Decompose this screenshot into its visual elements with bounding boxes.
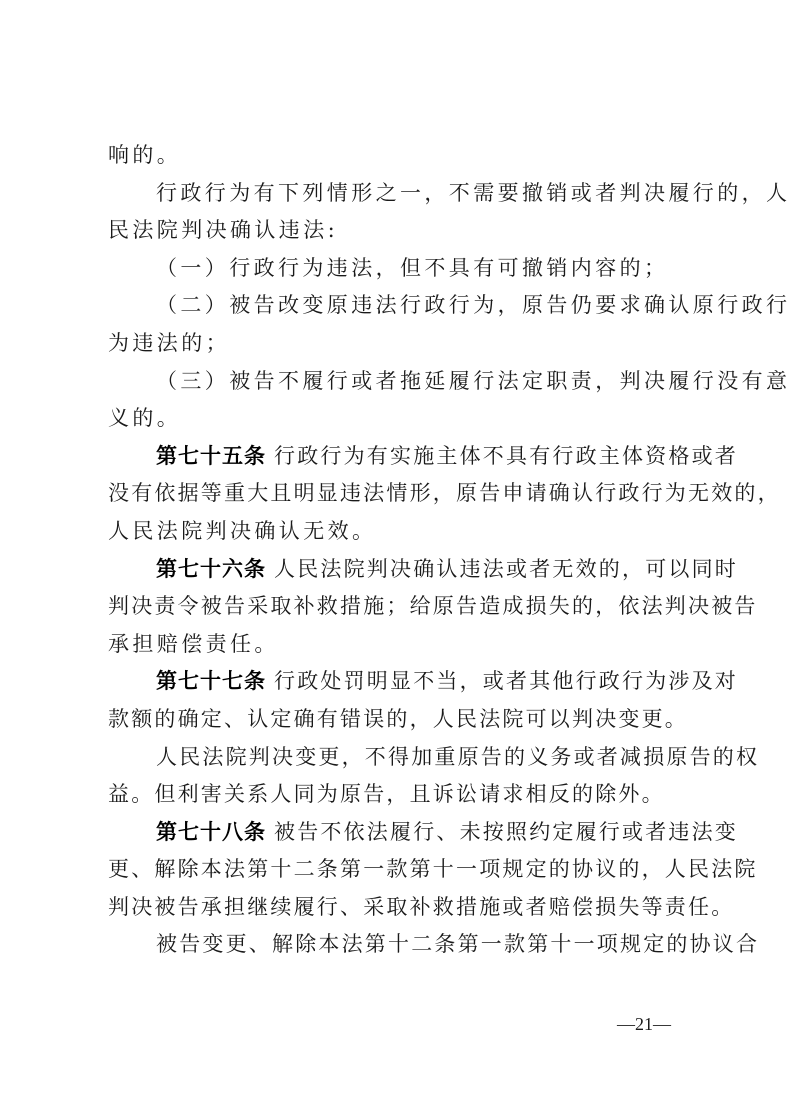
article-75-first-line: 第七十五条行政行为有实施主体不具有行政主体资格或者 — [108, 438, 692, 476]
article-77-first-line: 第七十七条行政处罚明显不当，或者其他行政行为涉及对 — [108, 663, 692, 701]
article-78-first-line: 第七十八条被告不依法履行、未按照约定履行或者违法变 — [108, 814, 692, 852]
text-line: 为违法的； — [108, 325, 692, 363]
article-text: 被告不依法履行、未按照约定履行或者违法变 — [274, 820, 738, 844]
article-heading: 第七十八条 — [156, 820, 266, 844]
text-line: 没有依据等重大且明显违法情形，原告申请确认行政行为无效的， — [108, 475, 692, 513]
article-heading: 第七十六条 — [156, 557, 266, 581]
text-line: 判决责令被告采取补救措施；给原告造成损失的，依法判决被告 — [108, 588, 692, 626]
text-line: 益。但利害关系人同为原告，且诉讼请求相反的除外。 — [108, 776, 692, 814]
article-heading: 第七十七条 — [156, 669, 266, 693]
text-line: 义的。 — [108, 400, 692, 438]
article-text: 人民法院判决确认违法或者无效的，可以同时 — [274, 557, 738, 581]
article-text: 行政处罚明显不当，或者其他行政行为涉及对 — [274, 669, 738, 693]
text-line: 承担赔偿责任。 — [108, 626, 692, 664]
text-line: 行政行为有下列情形之一，不需要撤销或者判决履行的，人 — [108, 175, 692, 213]
text-line: 人民法院判决确认无效。 — [108, 513, 692, 551]
document-body: 响的。 行政行为有下列情形之一，不需要撤销或者判决履行的，人 民法院判决确认违法… — [108, 137, 692, 964]
page-number: —21— — [617, 1014, 671, 1035]
text-line: 更、解除本法第十二条第一款第十一项规定的协议的，人民法院 — [108, 851, 692, 889]
article-heading: 第七十五条 — [156, 444, 266, 468]
text-line: 款额的确定、认定确有错误的，人民法院可以判决变更。 — [108, 701, 692, 739]
text-line: 人民法院判决变更，不得加重原告的义务或者减损原告的权 — [108, 739, 692, 777]
text-line: 被告变更、解除本法第十二条第一款第十一项规定的协议合 — [108, 926, 692, 964]
list-item-2: （二）被告改变原违法行政行为，原告仍要求确认原行政行 — [108, 287, 692, 325]
text-line: 响的。 — [108, 137, 692, 175]
list-item-1: （一）行政行为违法，但不具有可撤销内容的； — [108, 250, 692, 288]
article-76-first-line: 第七十六条人民法院判决确认违法或者无效的，可以同时 — [108, 551, 692, 589]
article-text: 行政行为有实施主体不具有行政主体资格或者 — [274, 444, 738, 468]
list-item-3: （三）被告不履行或者拖延履行法定职责，判决履行没有意 — [108, 363, 692, 401]
document-page: 响的。 行政行为有下列情形之一，不需要撤销或者判决履行的，人 民法院判决确认违法… — [0, 0, 790, 1118]
text-line: 民法院判决确认违法: — [108, 212, 692, 250]
text-line: 判决被告承担继续履行、采取补救措施或者赔偿损失等责任。 — [108, 889, 692, 927]
